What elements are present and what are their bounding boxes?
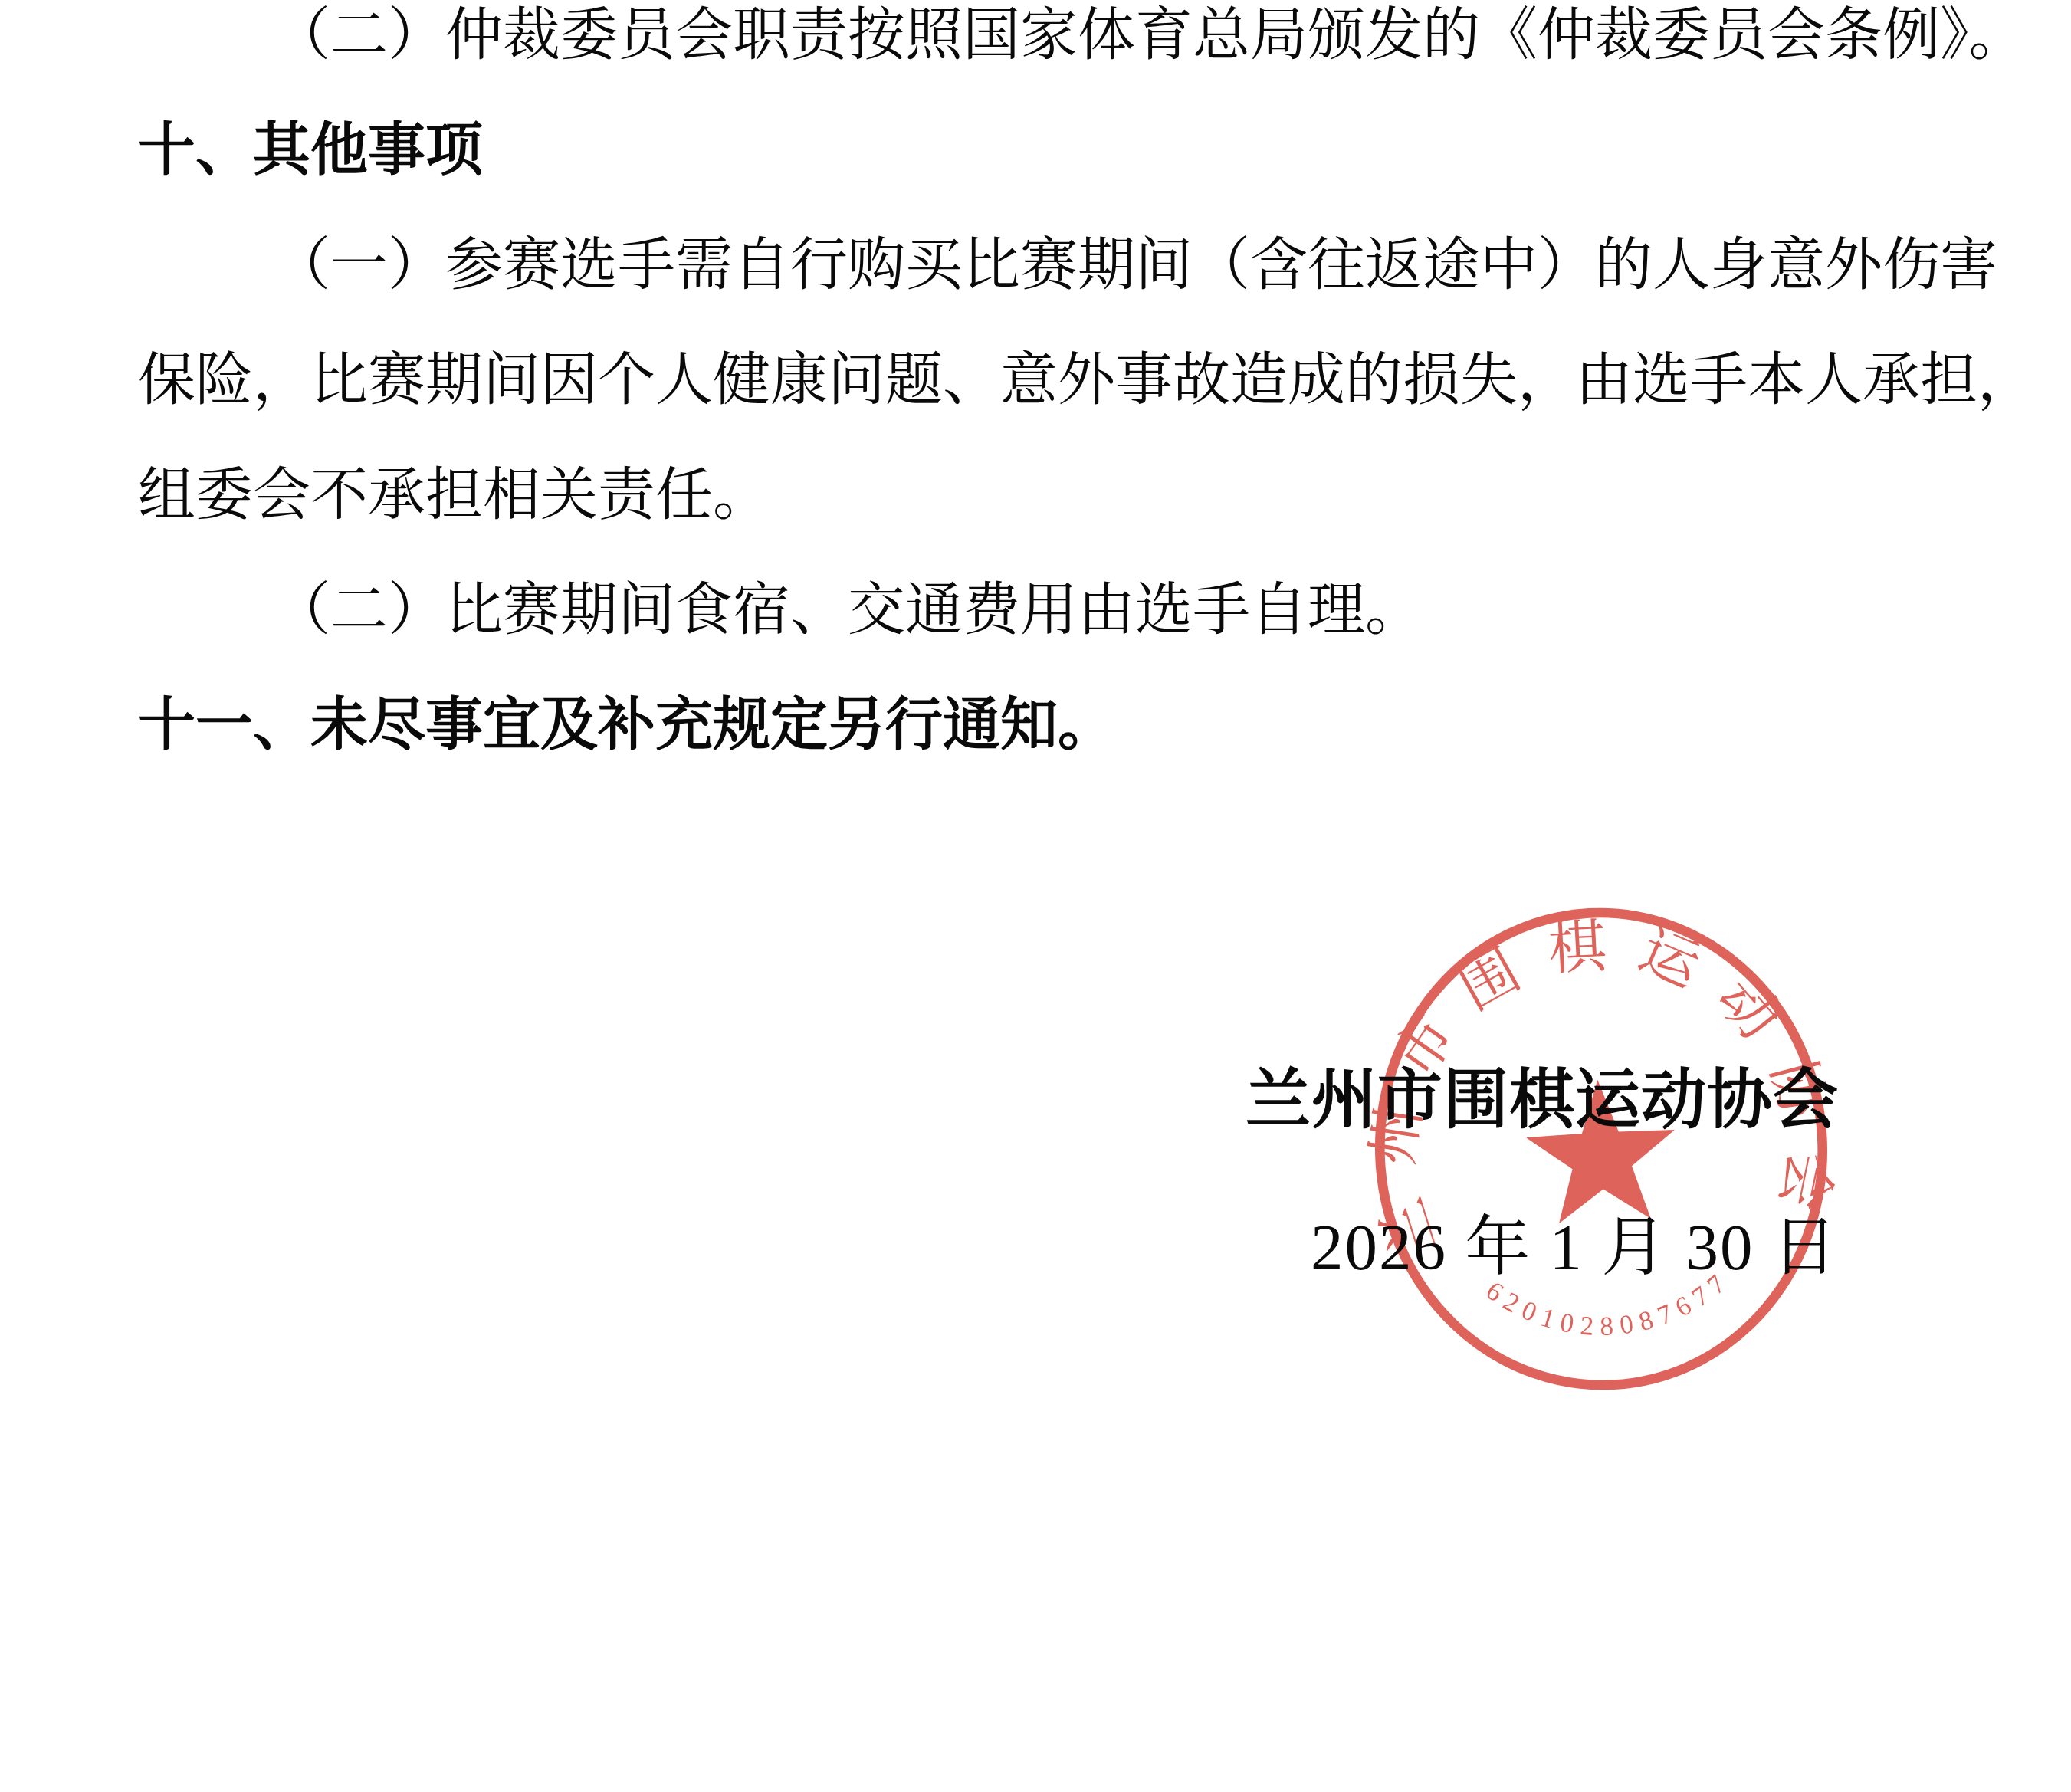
body-line-arbitration: （二）仲裁委员会职责按照国家体育总局颁发的《仲裁委员会条例》。 (273, 6, 2027, 67)
section-heading-other-matters: 十、其他事项 (138, 121, 483, 182)
official-seal: 兰州市围棋运动协会 6201028087677 (1350, 883, 1853, 1415)
signature-date: 2026 年 1 月 30 日 (1311, 1214, 1839, 1282)
body-line-expenses: （二）比赛期间食宿、交通费用由选手自理。 (273, 581, 1423, 642)
body-line-insurance-3: 组委会不承担相关责任。 (138, 466, 770, 527)
page-background: （二）仲裁委员会职责按照国家体育总局颁发的《仲裁委员会条例》。 十、其他事项 （… (0, 0, 2071, 1792)
signature-organization: 兰州市围棋运动协会 (1246, 1067, 1839, 1135)
official-seal-graphic: 兰州市围棋运动协会 6201028087677 (1350, 883, 1853, 1415)
body-line-insurance-1: （一）参赛选手需自行购买比赛期间（含往返途中）的人身意外伤害 (273, 236, 1997, 297)
body-line-insurance-2: 保险，比赛期间因个人健康问题、意外事故造成的损失，由选手本人承担， (138, 351, 2035, 412)
section-heading-supplementary: 十一、未尽事宜及补充规定另行通知。 (138, 696, 1115, 757)
document-page: { "document": { "lines": [ { "text": "（二… (0, 0, 2071, 1792)
